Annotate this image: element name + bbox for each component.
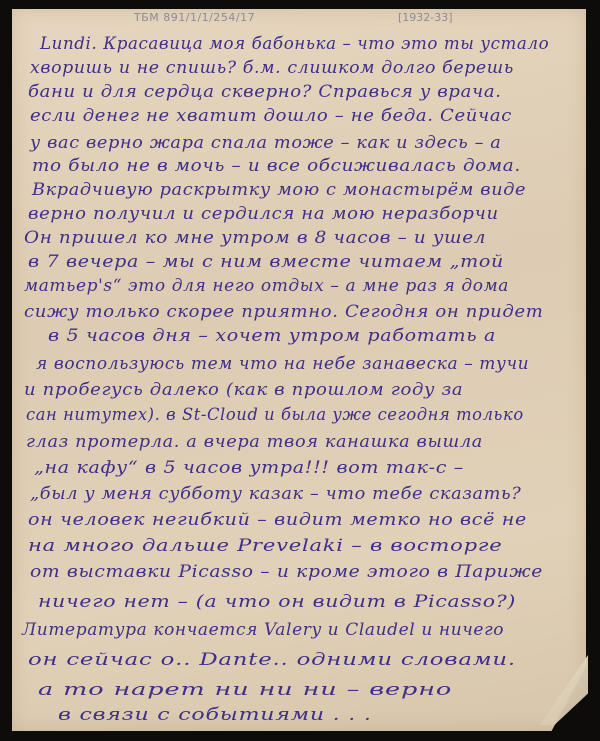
letter-line: если денег не хватит дошло – не беда. Се… xyxy=(30,106,512,126)
letter-line: в связи с событиями . . . xyxy=(58,705,372,725)
letter-line: Lundi. Красавица моя бабонька – что это … xyxy=(40,34,549,54)
letter-line: сан нитутех). в St-Cloud и была уже сего… xyxy=(26,405,524,425)
letter-line: бани и для сердца скверно? Справься у вр… xyxy=(28,82,502,102)
letter-line: я воспользуюсь тем что на небе занавеска… xyxy=(36,354,529,374)
letter-line: „был у меня субботу казак – что тебе ска… xyxy=(30,484,521,504)
letter-body: Lundi. Красавица моя бабонька – что это … xyxy=(0,0,600,741)
letter-line: то было не в мочь – и все обсиживалась д… xyxy=(32,156,521,176)
letter-line: глаз протерла. а вчера твоя канашка вышл… xyxy=(26,432,483,452)
letter-line: в 7 вечера – мы с ним вместе читаем „той xyxy=(28,252,504,272)
letter-line: он человек негибкий – видит метко но всё… xyxy=(28,510,527,530)
letter-line: верно получил и сердился на мою неразбор… xyxy=(28,204,499,224)
letter-line: и пробегусь далеко (как в прошлом году з… xyxy=(24,380,463,400)
letter-line: Вкрадчивую раскрытку мою с монастырём ви… xyxy=(32,180,526,200)
letter-line: на много дальше Prevelaki – в восторге xyxy=(28,536,502,556)
letter-line: он сейчас о.. Dante.. одними словами. xyxy=(28,650,516,670)
letter-line: Он пришел ко мне утром в 8 часов – и уше… xyxy=(24,228,486,248)
letter-line: Литература кончается Valery и Claudel и … xyxy=(22,620,504,640)
letter-line: „на кафу“ в 5 часов утра!!! вот так-с – xyxy=(34,458,464,478)
letter-line: у вас верно жара спала тоже – как и здес… xyxy=(30,133,501,153)
letter-line: хворишь и не спишь? б.м. слишком долго б… xyxy=(30,58,514,78)
letter-line: а то нарет ни ни ни – верно xyxy=(38,680,452,700)
letter-line: в 5 часов дня – хочет утром работать а xyxy=(48,326,496,346)
letter-line: матьер's“ это для него отдых – а мне раз… xyxy=(24,276,509,296)
letter-line: от выставки Picasso – и кроме этого в Па… xyxy=(30,562,543,582)
letter-line: ничего нет – (а что он видит в Picasso?) xyxy=(38,592,516,612)
letter-line: сижу только скорее приятно. Сегодня он п… xyxy=(24,302,543,322)
